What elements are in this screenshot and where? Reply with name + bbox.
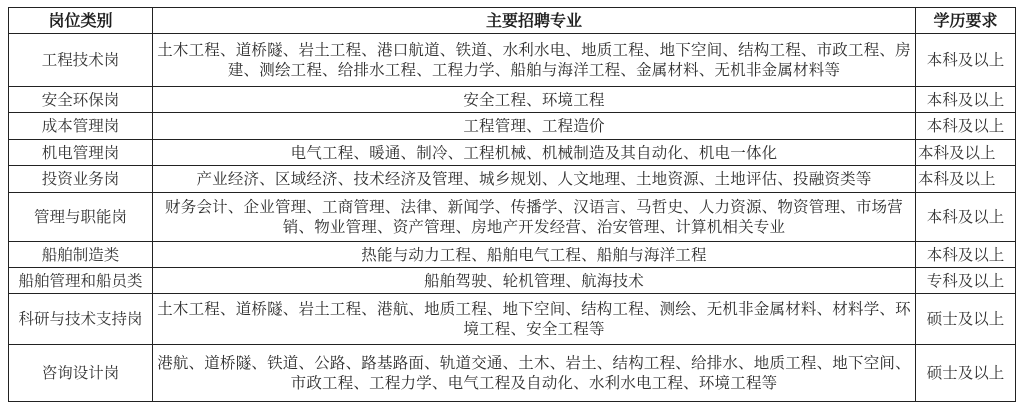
majors-cell: 土木工程、道桥隧、岩土工程、港航、地质工程、地下空间、结构工程、测绘、无机非金属…	[153, 294, 916, 345]
header-majors: 主要招聘专业	[153, 8, 916, 34]
table-row: 投资业务岗 产业经济、区域经济、技术经济及管理、城乡规划、人文地理、土地资源、土…	[9, 166, 1016, 193]
education-cell: 专科及以上	[916, 268, 1016, 294]
table-row: 成本管理岗 工程管理、工程造价 本科及以上	[9, 113, 1016, 140]
category-cell: 安全环保岗	[9, 87, 153, 113]
table-row: 安全环保岗 安全工程、环境工程 本科及以上	[9, 87, 1016, 113]
recruitment-table: 岗位类别 主要招聘专业 学历要求 工程技术岗 土木工程、道桥隧、岩土工程、港口航…	[8, 7, 1016, 402]
majors-cell: 工程管理、工程造价	[153, 113, 916, 140]
table-row: 工程技术岗 土木工程、道桥隧、岩土工程、港口航道、铁道、水利水电、地质工程、地下…	[9, 34, 1016, 87]
category-cell: 科研与技术支持岗	[9, 294, 153, 345]
table-row: 科研与技术支持岗 土木工程、道桥隧、岩土工程、港航、地质工程、地下空间、结构工程…	[9, 294, 1016, 345]
header-category: 岗位类别	[9, 8, 153, 34]
majors-cell: 电气工程、暖通、制冷、工程机械、机械制造及其自动化、机电一体化	[153, 140, 916, 166]
table-row: 船舶管理和船员类 船舶驾驶、轮机管理、航海技术 专科及以上	[9, 268, 1016, 294]
table-row: 船舶制造类 热能与动力工程、船舶电气工程、船舶与海洋工程 本科及以上	[9, 242, 1016, 268]
education-cell: 本科及以上	[916, 113, 1016, 140]
education-cell: 本科及以上	[916, 34, 1016, 87]
category-cell: 机电管理岗	[9, 140, 153, 166]
education-cell: 本科及以上	[916, 242, 1016, 268]
education-cell: 本科及以上	[916, 140, 1016, 166]
table-header-row: 岗位类别 主要招聘专业 学历要求	[9, 8, 1016, 34]
category-cell: 工程技术岗	[9, 34, 153, 87]
category-cell: 船舶管理和船员类	[9, 268, 153, 294]
table-row: 管理与职能岗 财务会计、企业管理、工商管理、法律、新闻学、传播学、汉语言、马哲史…	[9, 193, 1016, 242]
education-cell: 本科及以上	[916, 87, 1016, 113]
majors-cell: 土木工程、道桥隧、岩土工程、港口航道、铁道、水利水电、地质工程、地下空间、结构工…	[153, 34, 916, 87]
majors-cell: 船舶驾驶、轮机管理、航海技术	[153, 268, 916, 294]
category-cell: 投资业务岗	[9, 166, 153, 193]
table-row: 机电管理岗 电气工程、暖通、制冷、工程机械、机械制造及其自动化、机电一体化 本科…	[9, 140, 1016, 166]
education-cell: 硕士及以上	[916, 294, 1016, 345]
table-row: 咨询设计岗 港航、道桥隧、铁道、公路、路基路面、轨道交通、土木、岩土、结构工程、…	[9, 345, 1016, 402]
majors-cell: 安全工程、环境工程	[153, 87, 916, 113]
majors-cell: 财务会计、企业管理、工商管理、法律、新闻学、传播学、汉语言、马哲史、人力资源、物…	[153, 193, 916, 242]
education-cell: 本科及以上	[916, 193, 1016, 242]
header-education: 学历要求	[916, 8, 1016, 34]
majors-cell: 港航、道桥隧、铁道、公路、路基路面、轨道交通、土木、岩土、结构工程、给排水、地质…	[153, 345, 916, 402]
category-cell: 成本管理岗	[9, 113, 153, 140]
education-cell: 本科及以上	[916, 166, 1016, 193]
majors-cell: 热能与动力工程、船舶电气工程、船舶与海洋工程	[153, 242, 916, 268]
education-cell: 硕士及以上	[916, 345, 1016, 402]
majors-cell: 产业经济、区域经济、技术经济及管理、城乡规划、人文地理、土地资源、土地评估、投融…	[153, 166, 916, 193]
category-cell: 船舶制造类	[9, 242, 153, 268]
category-cell: 咨询设计岗	[9, 345, 153, 402]
category-cell: 管理与职能岗	[9, 193, 153, 242]
